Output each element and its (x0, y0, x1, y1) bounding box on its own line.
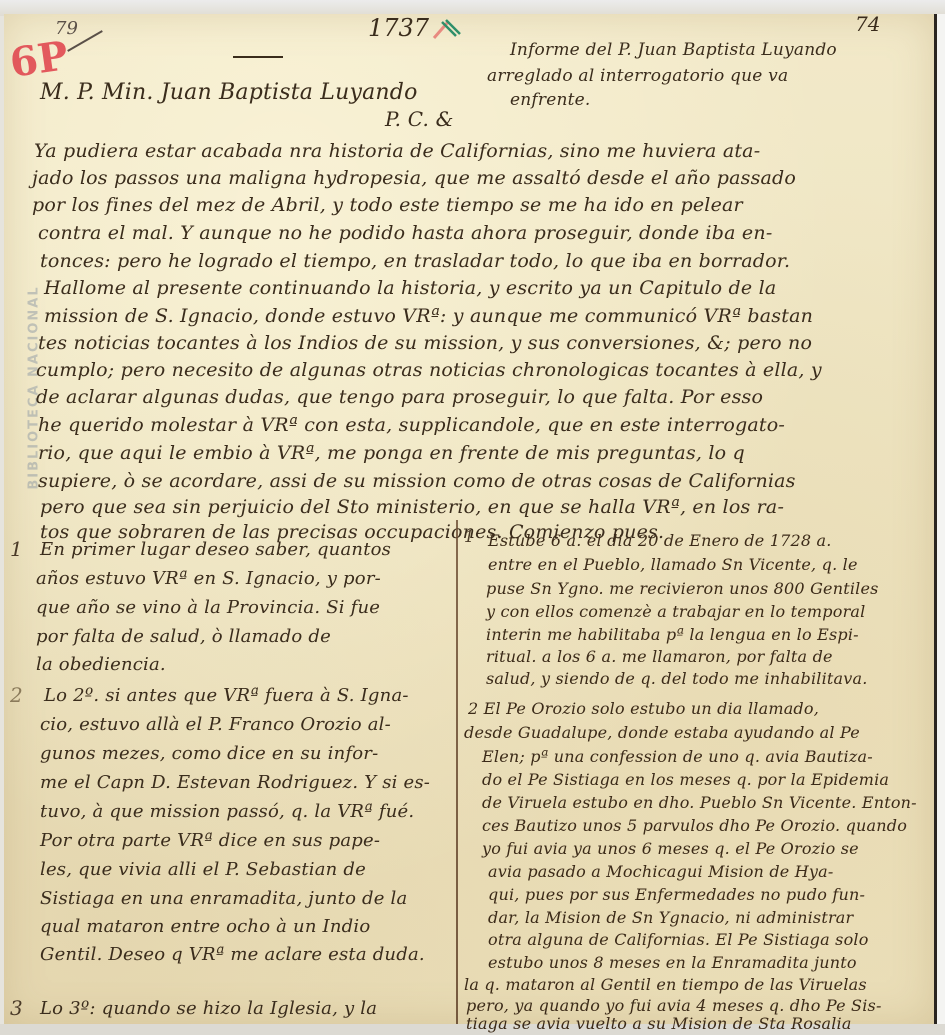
answer-line: ces Bautizo unos 5 parvulos dho Pe Orozi… (482, 815, 907, 837)
body-line: de aclarar algunas dudas, que tengo para… (36, 384, 763, 410)
body-line: por los fines del mez de Abril, y todo e… (32, 192, 743, 218)
question-line: Lo 2º. si antes que VRª fuera à S. Igna- (44, 683, 409, 709)
question-line: años estuvo VRª en S. Ignacio, y por- (36, 566, 381, 592)
colored-pencil-mark-icon (432, 18, 462, 40)
marginal-note-line: enfrente. (510, 90, 591, 110)
answer-line: salud, y siendo de q. del todo me inhabi… (486, 668, 868, 690)
question-line: me el Capn D. Estevan Rodriguez. Y si es… (40, 770, 430, 796)
question-line: les, que vivia alli el P. Sebastian de (40, 857, 366, 883)
document-year: 1737 (368, 14, 429, 42)
question-line: la obediencia. (36, 652, 166, 678)
answer-line: qui, pues por sus Enfermedades no pudo f… (488, 884, 865, 906)
body-line: supiere, ò se acordare, assi de su missi… (38, 468, 796, 494)
body-line: cumplo; pero necesito de algunas otras n… (36, 357, 822, 383)
question-line: tuvo, à que mission passó, q. la VRª fué… (40, 799, 414, 825)
old-folio-number: 79 (55, 18, 78, 39)
folio-number: 74 (855, 12, 880, 36)
answer-line: estubo unos 8 meses en la Enramadita jun… (488, 952, 857, 974)
question-line: gunos mezes, como dice en su infor- (40, 741, 378, 767)
answer-line: interin me habilitaba pª la lengua en lo… (486, 624, 859, 646)
red-shelf-mark: 6P (7, 32, 71, 87)
body-line: rio, que aqui le embio à VRª, me ponga e… (38, 440, 745, 466)
question-line: que año se vino à la Provincia. Si fue (36, 595, 380, 621)
question-line: qual mataron entre ocho à un Indio (40, 914, 370, 940)
question-line: Lo 3º: quando se hizo la Iglesia, y la (40, 996, 377, 1022)
answer-line: Estube 6 a. el dia 20 de Enero de 1728 a… (488, 530, 832, 552)
column-divider (456, 520, 458, 1024)
answer-line: avia pasado a Mochicagui Mision de Hya- (488, 861, 833, 883)
salutation: P. C. & (385, 107, 454, 131)
answer-line: do el Pe Sistiaga en los meses q. por la… (482, 769, 889, 791)
answer-line: tiaga se avia vuelto a su Mision de Sta … (466, 1013, 852, 1024)
heading-rule (233, 56, 283, 58)
body-line: pero que sea sin perjuicio del Sto minis… (40, 494, 784, 520)
body-line: contra el mal. Y aunque no he podido has… (38, 220, 772, 246)
question-line: Por otra parte VRª dice en sus pape- (40, 828, 380, 854)
question-line: En primer lugar deseo saber, quantos (40, 537, 391, 563)
body-line: tes noticias tocantes à los Indios de su… (38, 330, 812, 356)
scan-right-margin (937, 14, 945, 1024)
question-line: Gentil. Deseo q VRª me aclare esta duda. (40, 942, 425, 968)
body-line: he querido molestar à VRª con esta, supp… (38, 412, 785, 438)
recipient-line: M. P. Min. Juan Baptista Luyando (40, 80, 418, 105)
question-number: 2 (10, 683, 23, 707)
question-line: cio, estuvo allà el P. Franco Orozio al- (40, 712, 391, 738)
answer-line: yo fui avia ya unos 6 meses q. el Pe Oro… (482, 838, 859, 860)
marginal-note-line: Informe del P. Juan Baptista Luyando (510, 40, 837, 60)
answer-line: 2 El Pe Orozio solo estubo un dia llamad… (468, 698, 819, 720)
answer-line: la q. mataron al Gentil en tiempo de las… (464, 974, 867, 996)
question-line: Sistiaga en una enramadita, junto de la (40, 886, 407, 912)
answer-line: desde Guadalupe, donde estaba ayudando a… (464, 722, 860, 744)
answer-line: entre en el Pueblo, llamado Sn Vicente, … (488, 554, 858, 576)
answer-line: ritual. a los 6 a. me llamaron, por falt… (486, 646, 833, 668)
answer-line: y con ellos comenzè a trabajar en lo tem… (486, 601, 865, 623)
question-line: por falta de salud, ò llamado de (36, 624, 331, 650)
marginal-note-line: arreglado al interrogatorio que va (487, 66, 788, 86)
body-line: mission de S. Ignacio, donde estuvo VRª:… (44, 303, 813, 329)
question-number: 1 (10, 537, 23, 561)
body-line: Hallome al presente continuando la histo… (44, 275, 776, 301)
answer-line: puse Sn Ygno. me recivieron unos 800 Gen… (486, 578, 879, 600)
body-line: jado los passos una maligna hydropesia, … (32, 165, 796, 191)
answer-line: otra alguna de Californias. El Pe Sistia… (488, 929, 869, 951)
body-line: tonces: pero he logrado el tiempo, en tr… (40, 248, 790, 274)
answer-line: Elen; pª una confession de uno q. avia B… (482, 746, 873, 768)
answer-number: 1 (464, 527, 474, 546)
answer-line: dar, la Mision de Sn Ygnacio, ni adminis… (488, 907, 853, 929)
question-number: 3 (10, 996, 23, 1020)
answer-line: de Viruela estubo en dho. Pueblo Sn Vice… (482, 792, 917, 814)
body-line: Ya pudiera estar acabada nra historia de… (34, 138, 760, 164)
